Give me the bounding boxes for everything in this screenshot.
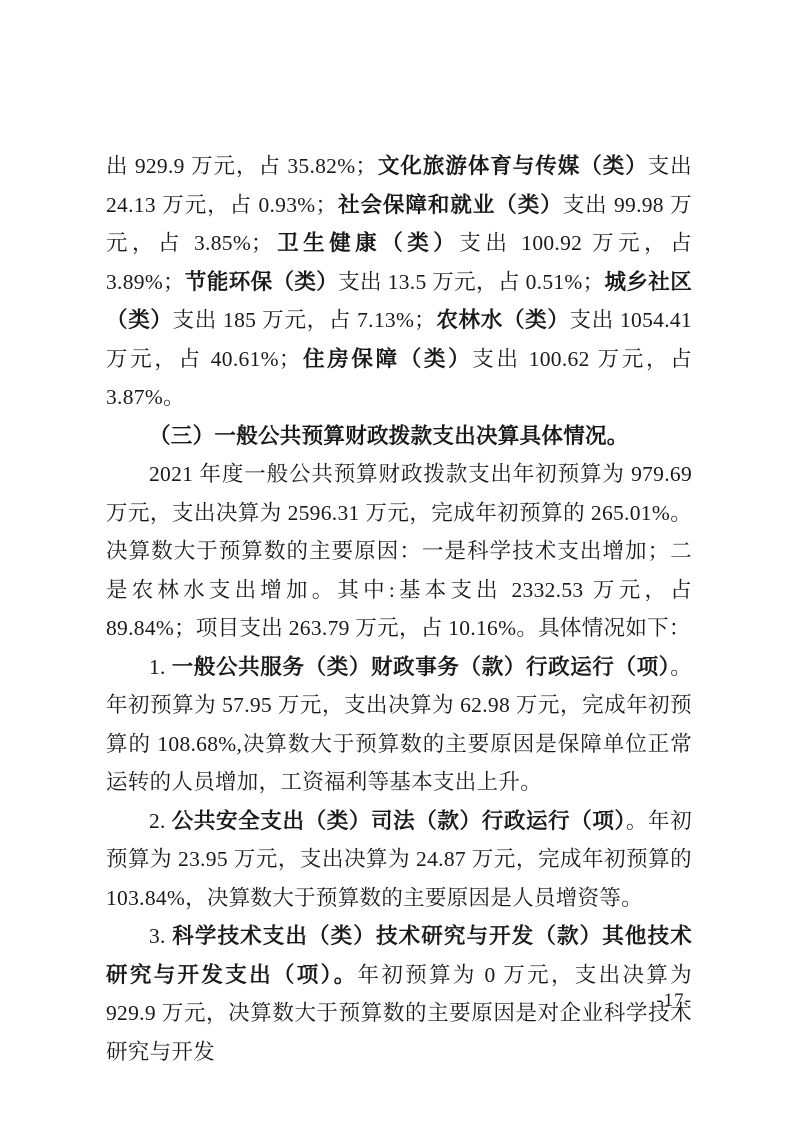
bold-text-segment: （三）一般公共预算财政拨款支出决算具体情况。 bbox=[149, 424, 629, 448]
bold-text-segment: 社会保障和就业（类） bbox=[337, 193, 562, 217]
text-segment: 1. bbox=[149, 655, 172, 679]
text-segment: 2021 年度一般公共预算财政拨款支出年初预算为 979.69 万元，支出决算为… bbox=[106, 462, 692, 640]
paragraph-item-2: 2. 公共安全支出（类）司法（款）行政运行（项）。年初预算为 23.95 万元，… bbox=[106, 802, 692, 918]
text-segment: 出 929.9 万元，占 35.82%； bbox=[106, 154, 377, 178]
page-number: -17- bbox=[656, 990, 692, 1012]
bold-text-segment: 一般公共服务（类）财政事务（款）行政运行（项） bbox=[172, 655, 670, 679]
bold-text-segment: 农林水（类） bbox=[436, 308, 570, 332]
bold-text-segment: 公共安全支出（类）司法（款）行政运行（项） bbox=[172, 809, 626, 833]
heading-section-three: （三）一般公共预算财政拨款支出决算具体情况。 bbox=[106, 417, 692, 456]
paragraph-item-1: 1. 一般公共服务（类）财政事务（款）行政运行（项）。年初预算为 57.95 万… bbox=[106, 648, 692, 802]
text-segment: 2. bbox=[149, 809, 172, 833]
paragraph-item-3: 3. 科学技术支出（类）技术研究与开发（款）其他技术研究与开发支出（项）。年初预… bbox=[106, 917, 692, 1071]
document-page: 出 929.9 万元，占 35.82%；文化旅游体育与传媒（类）支出 24.13… bbox=[0, 0, 793, 1122]
bold-text-segment: 文化旅游体育与传媒（类） bbox=[377, 154, 647, 178]
document-body: 出 929.9 万元，占 35.82%；文化旅游体育与传媒（类）支出 24.13… bbox=[106, 147, 692, 1071]
text-segment: 支出 13.5 万元，占 0.51%； bbox=[338, 270, 604, 294]
paragraph-overall-budget: 2021 年度一般公共预算财政拨款支出年初预算为 979.69 万元，支出决算为… bbox=[106, 455, 692, 648]
bold-text-segment: 卫生健康（类） bbox=[273, 231, 459, 255]
text-segment: 支出 185 万元，占 7.13%； bbox=[173, 308, 436, 332]
paragraph-expenditure-breakdown: 出 929.9 万元，占 35.82%；文化旅游体育与传媒（类）支出 24.13… bbox=[106, 147, 692, 417]
text-segment: 3. bbox=[149, 924, 172, 948]
bold-text-segment: 节能环保（类） bbox=[185, 270, 338, 294]
bold-text-segment: 住房保障（类） bbox=[301, 347, 473, 371]
